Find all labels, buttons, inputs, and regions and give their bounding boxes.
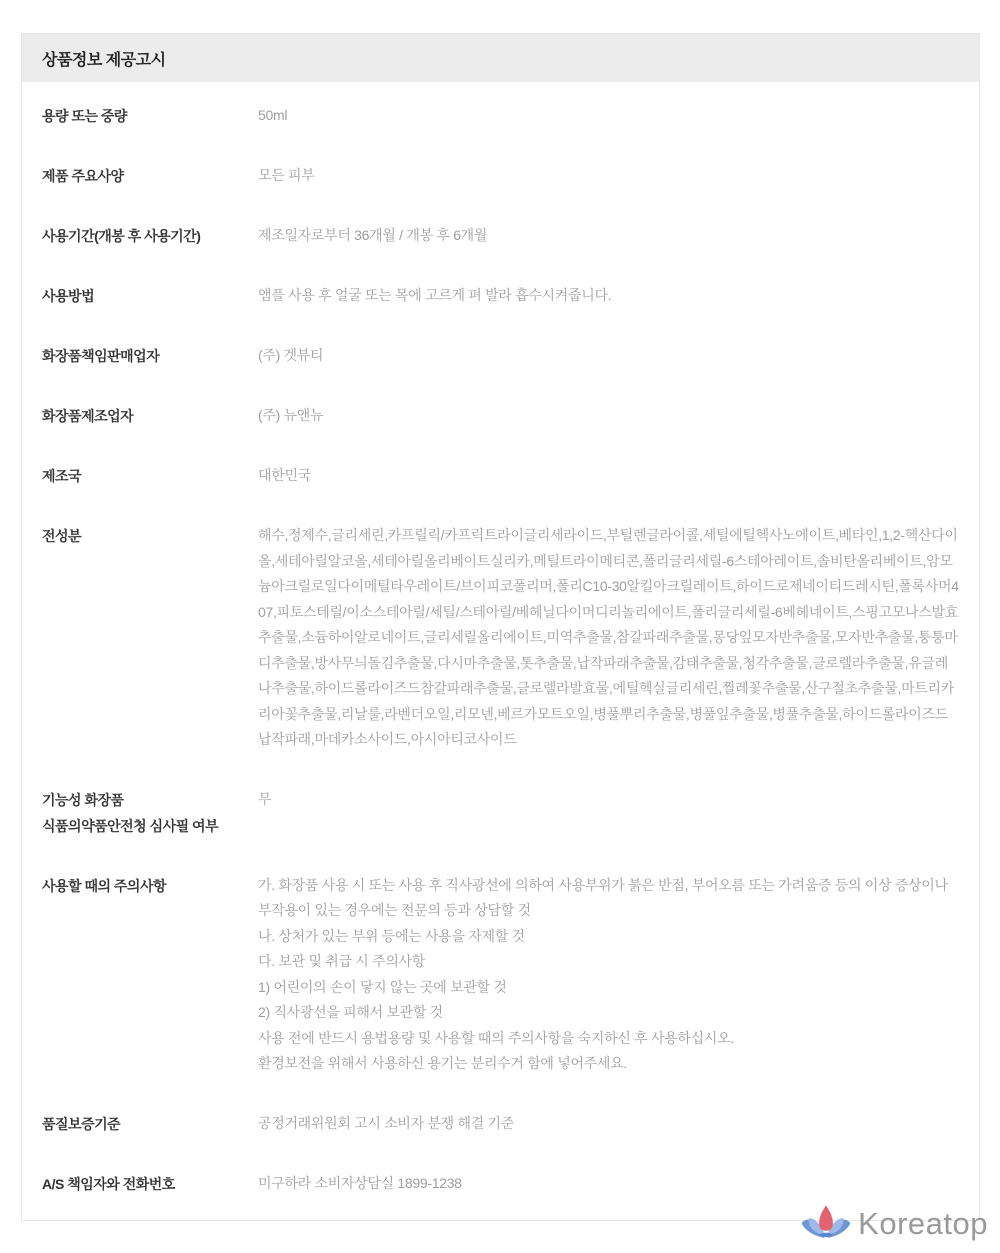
row-label: 화장품제조업자 [42, 403, 258, 429]
table-row-ingredients: 전성분 해수,정제수,글리세린,카프릴릭/카프릭트라이글리세라이드,부틸렌글라이… [22, 506, 979, 770]
product-info-page: 상품정보 제공고시 용량 또는 중량 50ml 제품 주요사양 모든 피부 사용… [0, 0, 1000, 1253]
table-row-volume: 용량 또는 중량 50ml [22, 86, 979, 146]
table-row-seller: 화장품책임판매업자 (주) 겟뷰티 [22, 326, 979, 386]
row-label: 사용할 때의 주의사항 [42, 873, 258, 899]
row-value: 가. 화장품 사용 시 또는 사용 후 직사광선에 의하여 사용부위가 붉은 반… [258, 873, 961, 1077]
row-label: 사용기간(개봉 후 사용기간) [42, 223, 258, 249]
row-label: 전성분 [42, 523, 258, 549]
lotus-icon [800, 1203, 852, 1245]
row-label: 제품 주요사양 [42, 163, 258, 189]
row-value: 앰플 사용 후 얼굴 또는 목에 고르게 펴 발라 흡수시켜줍니다. [258, 283, 961, 309]
brand-watermark: Koreatop [800, 1203, 988, 1245]
row-value: 무 [258, 787, 961, 813]
row-value: 해수,정제수,글리세린,카프릴릭/카프릭트라이글리세라이드,부틸렌글라이콜,세틸… [258, 523, 961, 753]
table-row-mfds-approval: 기능성 화장품 식품의약품안전청 심사필 여부 무 [22, 770, 979, 856]
row-label: 품질보증기준 [42, 1111, 258, 1137]
row-value: (주) 겟뷰티 [258, 343, 961, 369]
section-title: 상품정보 제공고시 [22, 34, 979, 82]
row-value: 제조일자로부터 36개월 / 개봉 후 6개월 [258, 223, 961, 249]
brand-name: Koreatop [858, 1206, 988, 1242]
row-value: 공정거래위원회 고시 소비자 분쟁 해결 기준 [258, 1111, 961, 1137]
row-label: 기능성 화장품 식품의약품안전청 심사필 여부 [42, 787, 258, 839]
row-label: A/S 책임자와 전화번호 [42, 1171, 258, 1197]
row-label: 화장품책임판매업자 [42, 343, 258, 369]
row-value: 50ml [258, 103, 961, 129]
row-label: 제조국 [42, 463, 258, 489]
table-row-how-to-use: 사용방법 앰플 사용 후 얼굴 또는 목에 고르게 펴 발라 흡수시켜줍니다. [22, 266, 979, 326]
table-row-precautions: 사용할 때의 주의사항 가. 화장품 사용 시 또는 사용 후 직사광선에 의하… [22, 856, 979, 1094]
info-rows: 용량 또는 중량 50ml 제품 주요사양 모든 피부 사용기간(개봉 후 사용… [22, 82, 979, 1220]
row-value: 대한민국 [258, 463, 961, 489]
table-row-spec: 제품 주요사양 모든 피부 [22, 146, 979, 206]
table-row-country: 제조국 대한민국 [22, 446, 979, 506]
row-label: 용량 또는 중량 [42, 103, 258, 129]
row-value: (주) 뉴앤뉴 [258, 403, 961, 429]
row-value: 모든 피부 [258, 163, 961, 189]
table-row-usage-period: 사용기간(개봉 후 사용기간) 제조일자로부터 36개월 / 개봉 후 6개월 [22, 206, 979, 266]
product-info-notice-box: 상품정보 제공고시 용량 또는 중량 50ml 제품 주요사양 모든 피부 사용… [21, 33, 980, 1221]
table-row-quality-assurance: 품질보증기준 공정거래위원회 고시 소비자 분쟁 해결 기준 [22, 1094, 979, 1154]
row-value: 미구하라 소비자상담실 1899-1238 [258, 1171, 961, 1197]
row-label: 사용방법 [42, 283, 258, 309]
table-row-manufacturer: 화장품제조업자 (주) 뉴앤뉴 [22, 386, 979, 446]
